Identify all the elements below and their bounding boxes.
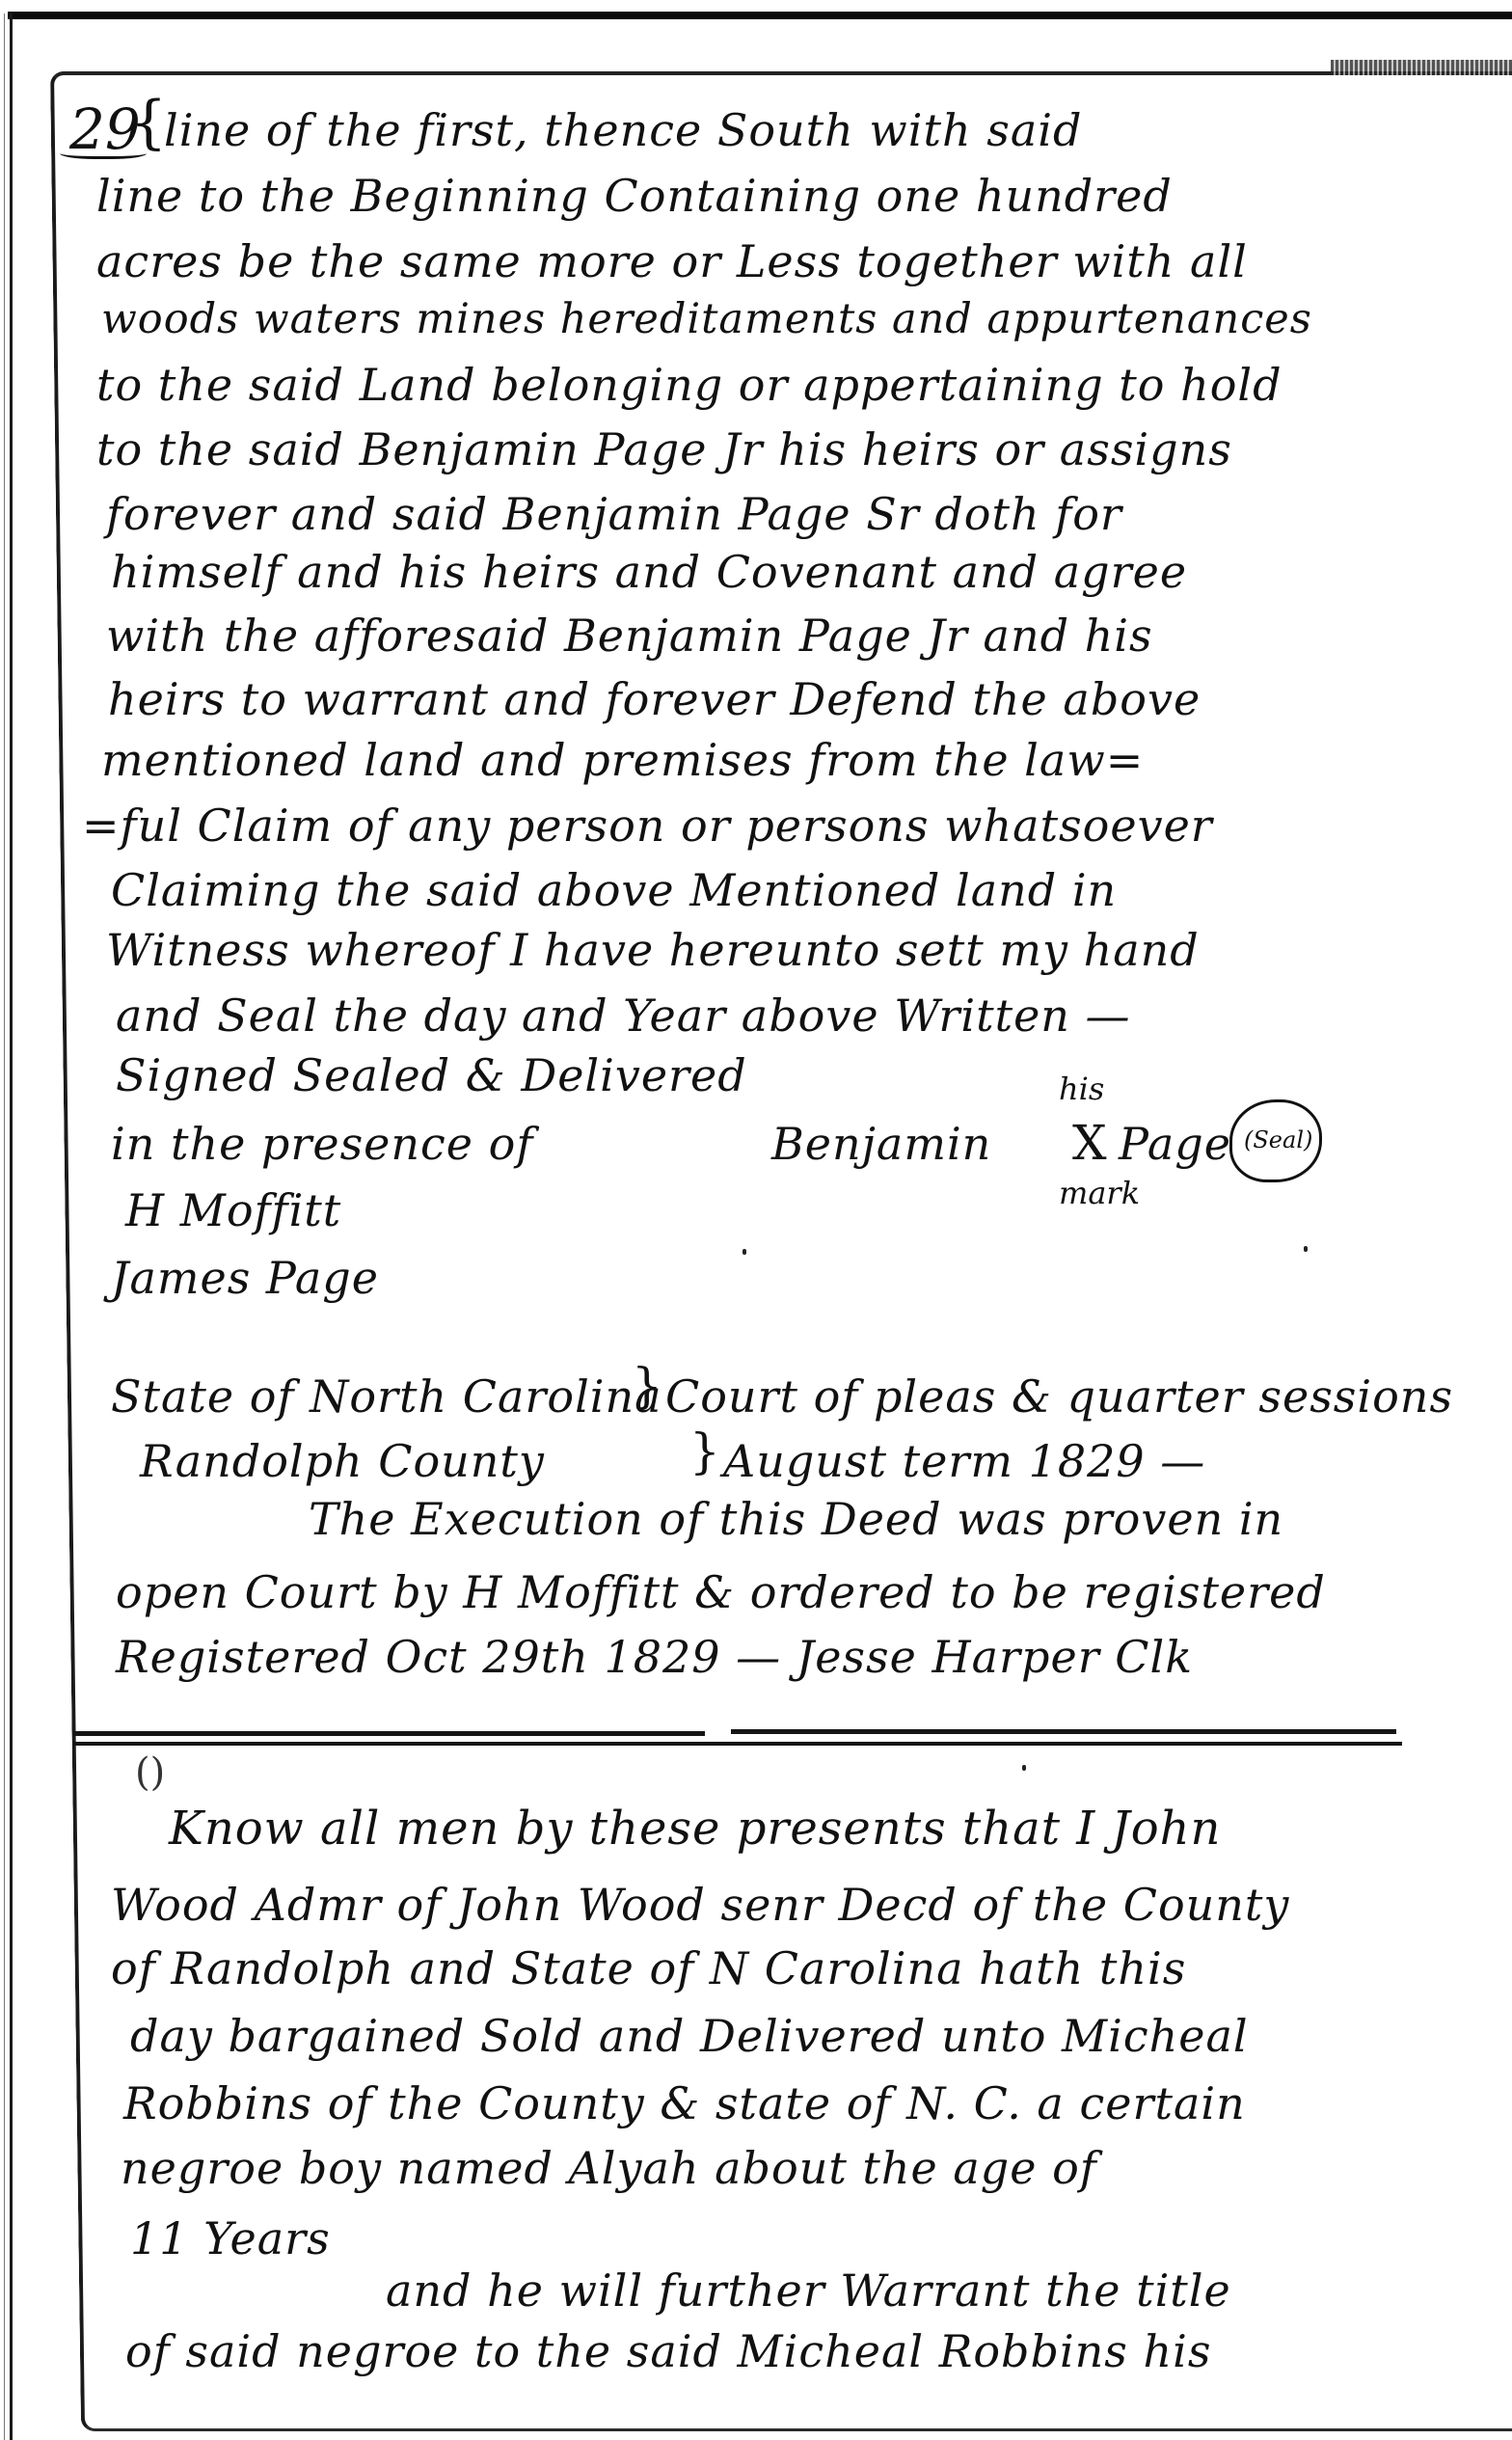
divider-rule	[73, 1742, 1402, 1746]
scan-speck	[1304, 1246, 1308, 1252]
probate-term: August term 1829 —	[723, 1439, 1205, 1483]
deed-one-line: Witness whereof I have hereunto sett my …	[106, 928, 1200, 972]
deed-one-line: acres be the same more or Less together …	[96, 239, 1248, 284]
margin-flourish-icon	[60, 145, 147, 159]
deed-one-line: in the presence of	[111, 1122, 533, 1166]
divider-rule	[73, 1731, 705, 1736]
deed-one-line: to the said Benjamin Page Jr his heirs o…	[96, 427, 1232, 472]
signature-last-name: Page	[1119, 1122, 1231, 1166]
deed-one-line: to the said Land belonging or appertaini…	[96, 363, 1282, 407]
deed-one-line: forever and said Benjamin Page Sr doth f…	[106, 492, 1122, 536]
deed-two-line: Robbins of the County & state of N. C. a…	[123, 2081, 1246, 2126]
deed-one-line: Signed Sealed & Delivered	[116, 1053, 747, 1098]
deed-two-line: day bargained Sold and Delivered unto Mi…	[130, 2014, 1249, 2058]
outer-left-rule-thin	[4, 14, 5, 2440]
deed-one-line: Claiming the said above Mentioned land i…	[111, 868, 1117, 912]
scan-speck	[742, 1249, 746, 1255]
brace-icon: }	[689, 1423, 720, 1479]
deed-one-line: =ful Claim of any person or persons what…	[82, 803, 1213, 848]
deed-one-line: line to the Beginning Containing one hun…	[96, 174, 1173, 218]
signature-his-label: his	[1059, 1071, 1104, 1107]
deed-one-line: mentioned land and premises from the law…	[101, 738, 1144, 782]
deed-two-line: of said negroe to the said Micheal Robbi…	[125, 2329, 1211, 2373]
deed-one-line: with the afforesaid Benjamin Page Jr and…	[106, 613, 1153, 658]
signature-first-name: Benjamin	[771, 1122, 991, 1166]
deed-two-line: negroe boy named Alyah about the age of	[121, 2146, 1097, 2190]
outer-left-rule	[10, 14, 13, 2440]
probate-line: open Court by H Moffitt & ordered to be …	[116, 1570, 1326, 1614]
deed-two-line: 11 Years	[130, 2216, 331, 2261]
witness-name: James Page	[111, 1256, 379, 1300]
frame-edge-smudge	[1331, 60, 1512, 75]
witness-name: H Moffitt	[125, 1188, 341, 1233]
deed-one-line: line of the first, thence South with sai…	[164, 108, 1082, 152]
divider-rule	[731, 1729, 1396, 1734]
top-rule	[8, 12, 1512, 19]
scan-speck	[1022, 1765, 1026, 1771]
probate-county: Randolph County	[140, 1439, 545, 1483]
signature-mark-label: mark	[1059, 1175, 1140, 1211]
deed-one-line: and Seal the day and Year above Written …	[116, 993, 1131, 1038]
deed-one-line: woods waters mines hereditaments and app…	[101, 299, 1312, 340]
probate-line: The Execution of this Deed was proven in	[309, 1497, 1283, 1541]
deed-two-line: of Randolph and State of N Carolina hath…	[111, 1946, 1186, 1991]
deed-two-line: and he will further Warrant the title	[386, 2268, 1231, 2313]
brace-icon: }	[632, 1358, 662, 1414]
deed-two-line: Wood Admr of John Wood senr Decd of the …	[111, 1883, 1289, 1927]
probate-line: Registered Oct 29th 1829 — Jesse Harper …	[116, 1635, 1193, 1679]
probate-court: Court of pleas & quarter sessions	[665, 1374, 1453, 1419]
signature-x-mark: X	[1072, 1119, 1108, 1167]
probate-state: State of North Carolina	[111, 1374, 662, 1419]
deed-two-line: Know all men by these presents that I Jo…	[169, 1805, 1221, 1852]
deed-one-line: heirs to warrant and forever Defend the …	[108, 677, 1201, 721]
seal-label: (Seal)	[1244, 1126, 1312, 1153]
margin-mark-icon: ()	[135, 1750, 165, 1795]
deed-one-line: himself and his heirs and Covenant and a…	[111, 550, 1187, 594]
